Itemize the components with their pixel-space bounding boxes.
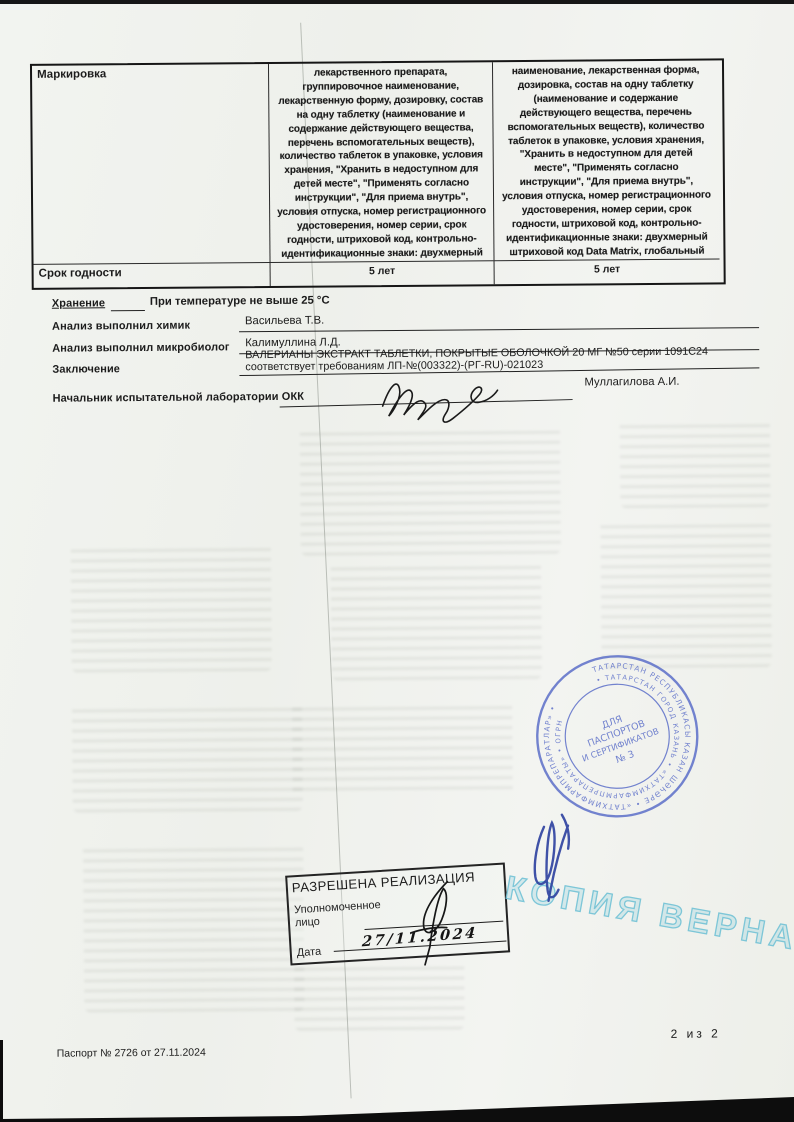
marking-requirements-text: лекарственного препарата, группировочное… [269,62,494,262]
document-content: Маркировка лекарственного препарата, гру… [0,0,794,1122]
bleed-through-texture [83,841,304,1013]
quality-table: Маркировка лекарственного препарата, гру… [30,58,726,289]
page-number: 2 из 2 [671,1026,721,1040]
release-authorization-stamp: РАЗРЕШЕНА РЕАЛИЗАЦИЯ Уполномоченное лицо… [285,862,510,965]
round-certification-stamp: ТАТАРСТАН РЕСПУБЛИКАСЫ КАЗАН ШӘҺӘРЕ • «Т… [529,648,706,825]
table-cell-marking-requirements: лекарственного препарата, группировочное… [268,62,494,262]
storage-label: Хранение [52,297,105,309]
bleed-through-texture [292,699,513,796]
microbiologist-value: Калимуллина Л.Д. [245,336,341,349]
chemist-underline [239,327,759,332]
bleed-through-texture [601,517,772,668]
scan-edge-top [0,0,794,4]
marking-actual-text: наименование, лекарственная форма, дозир… [493,60,720,260]
bleed-through-texture [72,701,303,813]
bleed-through-texture [71,541,272,673]
storage-blank-line [111,310,145,311]
bleed-through-texture [331,559,542,681]
release-stamp-title: РАЗРЕШЕНА РЕАЛИЗАЦИЯ [287,865,504,896]
conclusion-compliance-line: соответствует требованиям ЛП-№(003322)-(… [245,359,543,373]
table-cell-shelflife-actual: 5 лет [494,258,720,284]
marking-label: Маркировка [32,64,268,84]
table-cell-marking-actual: наименование, лекарственная форма, дозир… [492,60,720,260]
passport-number-note: Паспорт № 2726 от 27.11.2024 [57,1047,206,1060]
microbiologist-label: Анализ выполнил микробиолог [52,341,229,354]
authorized-person-label: Уполномоченное лицо [294,897,415,930]
conclusion-label: Заключение [52,363,120,376]
chemist-value: Васильева Т.В. [245,315,324,328]
lab-head-label: Начальник испытательной лаборатории ОКК [53,391,305,405]
shelf-life-value-actual: 5 лет [495,259,720,276]
shelf-life-label: Срок годности [34,263,270,283]
table-cell-shelflife-label: Срок годности [34,262,270,288]
bleed-through-texture [300,424,561,556]
date-label: Дата [296,946,321,959]
bleed-through-texture [294,959,465,1030]
copy-verified-stamp: КОПИЯ ВЕРНА [503,868,794,957]
table-cell-marking-label: Маркировка [32,64,270,264]
shelf-life-value-req: 5 лет [271,261,494,278]
chemist-label: Анализ выполнил химик [52,320,190,333]
table-cell-shelflife-req: 5 лет [270,260,494,286]
lab-head-signature-line [280,399,573,407]
lab-head-name: Муллагилова А.И. [584,376,679,389]
storage-value: При температуре не выше 25 °С [150,295,330,308]
bleed-through-texture [620,417,771,508]
